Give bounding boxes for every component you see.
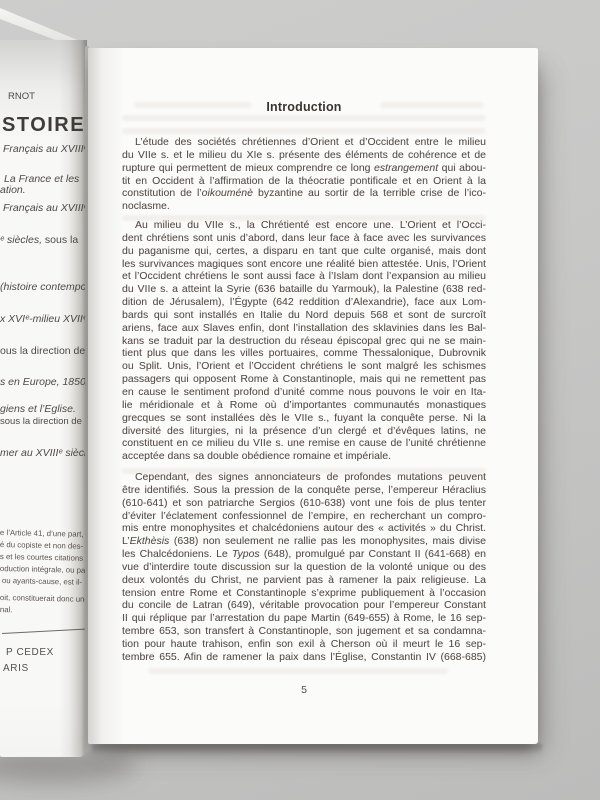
title-fragment: ᵉ siècles, sous la (0, 235, 78, 246)
italic-term: mer au XVIIIᵉ siècle: (0, 447, 87, 459)
text-line: L’étude des sociétés chrétiennes d’Orien… (122, 137, 486, 150)
title-fragment: La France et les (4, 174, 79, 185)
paragraph-1: L’étude des sociétés chrétiennes d’Orien… (122, 137, 486, 214)
italic-term: Français au XVIIIᵉ (3, 143, 87, 155)
text-line: du VIIe s. et le milieu du XIe s. présen… (122, 150, 486, 163)
text-line: tit en Occident à l’affirmation de la th… (122, 176, 486, 189)
title-fragment: ation. (0, 185, 26, 196)
page-number: 5 (122, 684, 486, 696)
copyright-fragment: oit, constituerait donc une (0, 594, 87, 604)
text-line: bards qui sont installés en Italie du No… (122, 310, 486, 323)
text-line: Cependant, des signes annonciateurs de p… (122, 472, 486, 485)
title-fragment: Français au XVIIIᵉ (3, 144, 87, 155)
text-line: dent chrétiens sont unis d’abord, dans l… (122, 233, 486, 246)
text-line: être identifiés. Sous la pression de la … (122, 485, 486, 498)
text-line: ariens, face aux Slaves enfin, dont l’in… (122, 323, 486, 336)
copyright-fragment: e l’Article 41, d’une part, (0, 529, 84, 539)
title-fragment: Français au XVIIIᵉ (3, 203, 87, 214)
text-line: et l’Occident chrétiens le sont aussi fa… (122, 271, 486, 284)
italic-term: estrangement (374, 163, 438, 174)
text-line: passagers qui opposent Rome à Constantin… (122, 374, 486, 387)
text-line: tient plus que dans les villes portuaire… (122, 348, 486, 361)
text-line: kans se traduit par la destruction du ré… (122, 336, 486, 349)
text-line: tembre 653, son transfert à Constantinop… (122, 626, 486, 639)
text-line: Au milieu du VIIe s., la Chrétienté est … (122, 220, 486, 233)
copyright-fragment: ou ayants-cause, est il- (2, 577, 82, 586)
title-fragment: x XVIᵉ-milieu XVIIᵉ (0, 314, 87, 325)
copyright-fragment: oduction intégrale, ou pa- (0, 565, 87, 575)
italic-term: ation. (0, 184, 26, 196)
text-line: acceptée dans sa double obédience romain… (122, 451, 486, 464)
italic-term: Ekthèsis (130, 536, 170, 547)
copyright-fragment: s et les courtes citations (0, 553, 83, 563)
text-line: ou Split. Unis, l’Orient et l’Occident c… (122, 361, 486, 374)
book-photo-backdrop: { "palette": { "background": "#c6c6c5", … (0, 0, 600, 800)
title-fragment: sous la direction de (0, 417, 82, 427)
title-fragment: mer au XVIIIᵉ siècle: (0, 448, 87, 459)
divider-rule (2, 629, 85, 634)
text-line: tembre 655. Afin de ramener la paix dans… (122, 652, 486, 665)
author-fragment: RNOT (8, 92, 35, 102)
copyright-fragment: nal. (0, 606, 13, 614)
publisher-address-fragment: P CEDEX (6, 648, 54, 658)
italic-term: s en Europe, 1850- (0, 376, 87, 388)
text-line: d’éviter l’éclatement confessionnel de l… (122, 511, 486, 524)
text-line: du concile de Latran (649), véritable pr… (122, 600, 486, 613)
copyright-fragment: é du copiste et non des- (0, 541, 83, 551)
text-line: (610-641) et son patriarche Sergios (610… (122, 498, 486, 511)
text-line: tion pour haute trahison, enfin son exil… (122, 639, 486, 652)
text-line: diversité des liturgies, ni la présence … (122, 426, 486, 439)
italic-term: giens et l’Eglise. (0, 403, 76, 415)
publisher-address-fragment: ARIS (3, 664, 29, 674)
series-title-fragment: STOIRE (2, 115, 85, 135)
italic-term: oikouménè (202, 188, 253, 199)
right-page: Introduction L’étude des sociétés chréti… (88, 48, 538, 744)
text-line: mis entre monophysites et chalcédoniens … (122, 523, 486, 536)
text-line: du paganisme qui, certes, a disparu en t… (122, 246, 486, 259)
text-line: vue d’interdire toute discussion sur la … (122, 562, 486, 575)
paragraphs: L’étude des sociétés chrétiennes d’Orien… (88, 48, 538, 744)
text-line: noclasme. (122, 201, 486, 214)
text-line: II qui réplique par l’arrestation du pap… (122, 613, 486, 626)
paragraph-3: Cependant, des signes annonciateurs de p… (122, 472, 486, 665)
text-line: dition de Jérusalem), l’Égypte (642 redd… (122, 297, 486, 310)
text-line: L’Ekthèsis (638) non seulement ne rallie… (122, 536, 486, 549)
title-fragment: s en Europe, 1850- (0, 377, 87, 388)
italic-term: ᵉ siècles, (0, 234, 42, 246)
text-line: lie méridionale et à Rome où d’important… (122, 400, 486, 413)
text-line: tension entre Rome et Constantinople s’e… (122, 588, 486, 601)
paragraph-2: Au milieu du VIIe s., la Chrétienté est … (122, 220, 486, 464)
italic-term: (histoire contempo- (0, 281, 87, 293)
text-line: grecques se sont installées dès le VIIe … (122, 413, 486, 426)
title-fragment: (histoire contempo- (0, 282, 87, 293)
text-line: constituent en ce milieu du VIIe s. une … (122, 438, 486, 451)
right-page-bottom-shadow (92, 744, 542, 754)
text-line: du VIIe s. a atteint la Syrie (636 batai… (122, 284, 486, 297)
left-page: RNOTSTOIREFrançais au XVIIIᵉLa France et… (0, 40, 87, 757)
italic-term: Typos (232, 549, 260, 560)
italic-term: Français au XVIIIᵉ (3, 202, 87, 214)
title-fragment: ous la direction de (0, 346, 85, 357)
text-line: les Chalcédoniens. Le Typos (648), promu… (122, 549, 486, 562)
text-line: en cause le sentiment profond d’unité co… (122, 387, 486, 400)
italic-term: x XVIᵉ-milieu XVIIᵉ (0, 313, 87, 325)
text-line: rupture qui permettent de mieux comprend… (122, 163, 486, 176)
title-fragment: giens et l’Eglise. (0, 404, 76, 415)
text-line: les survivances magiques sont encore une… (122, 259, 486, 272)
text-line: constitution de l’oikouménè byzantine au… (122, 188, 486, 201)
text-line: deux volontés du Christ, ne parvient pas… (122, 575, 486, 588)
